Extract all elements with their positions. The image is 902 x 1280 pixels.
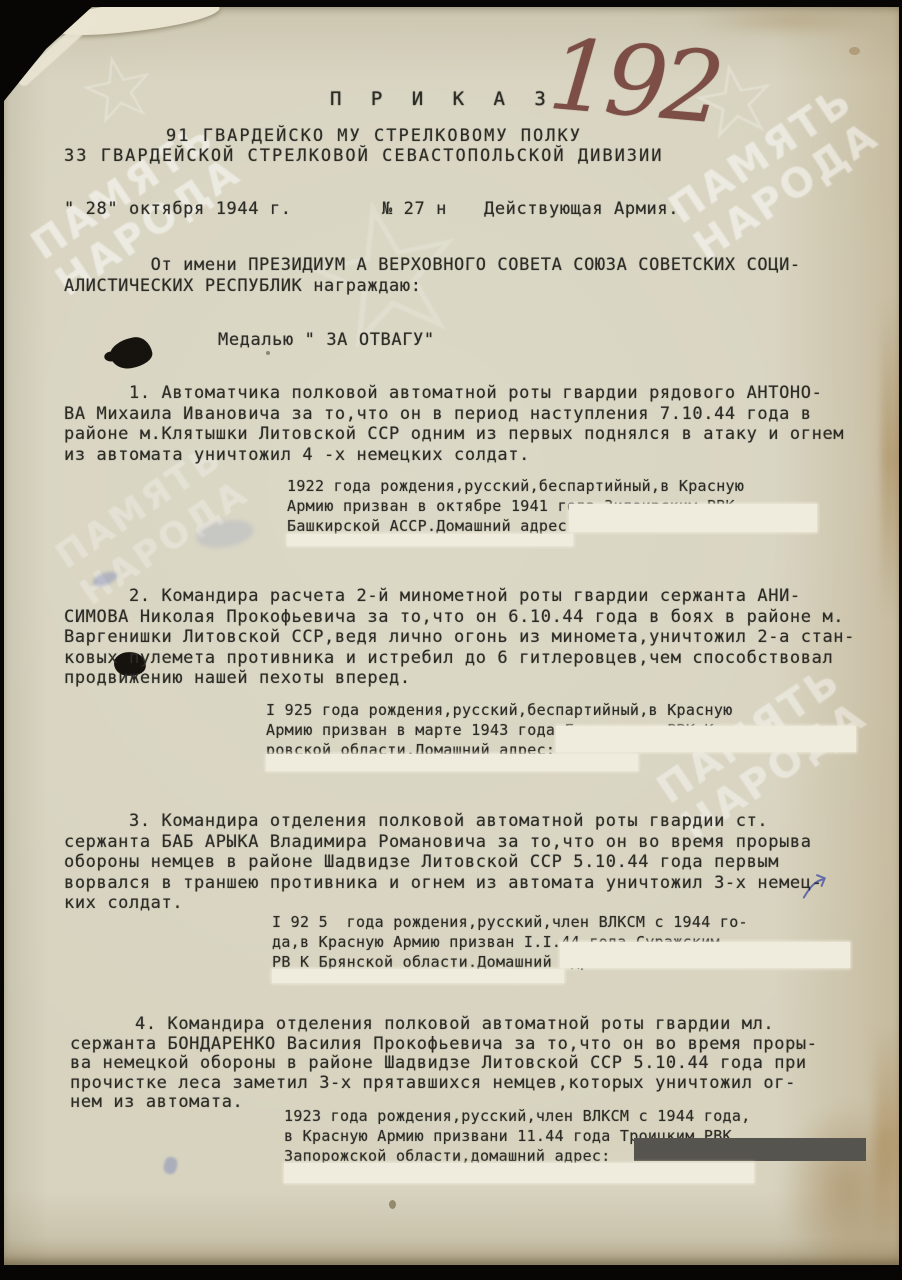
order-number: № 27 н: [382, 199, 447, 220]
preamble: От имени ПРЕЗИДИУМ А ВЕРХОВНОГО СОВЕТА С…: [64, 255, 801, 296]
stain: [781, 1103, 902, 1273]
redaction-box: [284, 1163, 754, 1183]
award-line: Медалью " ЗА ОТВАГУ": [218, 330, 435, 351]
entry-3-citation: 3. Командира отделения полковой автоматн…: [64, 811, 822, 914]
entry-2-citation: 2. Командира расчета 2-й минометной роты…: [64, 586, 855, 689]
speck: [849, 47, 860, 55]
speck: [389, 1200, 396, 1209]
redaction-box: [287, 534, 573, 546]
ink-blot: [108, 335, 155, 372]
document-scan: ☆ ☆ ☆ ПАМЯТЬНАРОДА ПАМЯТЬНАРОДА ПАМЯТЬНА…: [0, 0, 902, 1280]
entry-4-citation: 4. Командира отделения полковой автоматн…: [70, 1015, 818, 1113]
recipient-division: 33 ГВАРДЕЙСКОЙ СТРЕЛКОВОЙ СЕВАСТОПОЛЬСКО…: [64, 146, 664, 167]
stain: [875, 1027, 902, 1257]
entry-1-citation: 1. Автоматчика полковой автоматной роты …: [64, 383, 844, 465]
redaction-box: [560, 942, 850, 968]
redaction-box: [569, 504, 817, 532]
blue-pen-smudge: [162, 1156, 178, 1175]
redaction-box: [556, 726, 856, 752]
handwritten-page-number: 192: [544, 18, 722, 146]
stain: [881, 297, 902, 617]
redaction-box: [266, 754, 638, 771]
star-watermark-icon: ☆: [70, 38, 168, 143]
order-date: " 28" октября 1944 г.: [64, 199, 292, 220]
recipient-regiment: 91 ГВАРДЕЙСКО МУ СТРЕЛКОВОМУ ПОЛКУ: [166, 126, 582, 147]
redaction-box-dark: [634, 1138, 866, 1161]
order-location: Действующая Армия.: [484, 199, 679, 220]
paper-page: ☆ ☆ ☆ ПАМЯТЬНАРОДА ПАМЯТЬНАРОДА ПАМЯТЬНА…: [4, 7, 899, 1265]
redaction-box: [272, 969, 564, 983]
speck: [266, 351, 270, 355]
order-title: П Р И К А З: [330, 89, 555, 110]
stain: [4, 1239, 899, 1265]
